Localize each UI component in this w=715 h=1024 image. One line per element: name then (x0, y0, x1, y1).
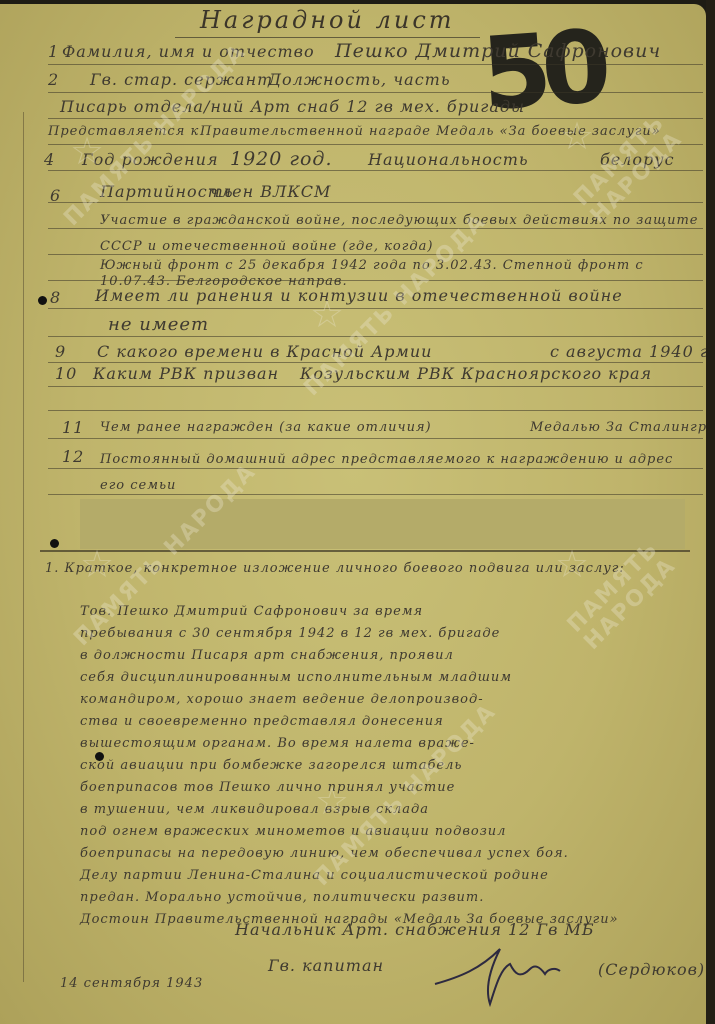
narrative-line: вышестоящим органам. Во время налета вра… (80, 733, 710, 755)
rule (48, 308, 703, 309)
narrative-line: в должности Писаря арт снабжения, прояви… (80, 645, 710, 667)
nomination-value: Правительственной награде Медаль «За бое… (200, 124, 661, 139)
narrative-line: боеприпасы на передовую линию, чем обесп… (80, 843, 710, 865)
field-12-label: Постоянный домашний адрес представляемог… (100, 447, 690, 499)
rule (48, 468, 703, 469)
signatory-title: Начальник Арт. снабжения 12 Гв МБ (235, 920, 595, 939)
field-8-label: Имеет ли ранения и контузии в отечествен… (95, 286, 623, 305)
punch-hole (50, 539, 59, 548)
field-9-number: 9 (55, 342, 66, 361)
rule (48, 494, 703, 495)
margin-line (23, 112, 24, 982)
field-4-label: Год рождения (82, 150, 219, 169)
field-5-value: белорус (600, 150, 675, 169)
rule (48, 144, 703, 145)
signatory-name: (Сердюков) (598, 960, 705, 979)
rule (48, 118, 703, 119)
rule (48, 228, 703, 229)
field-10-number: 10 (55, 364, 77, 383)
redacted-area (80, 499, 685, 549)
field-11-label: Чем ранее награжден (за какие отличия) (100, 420, 432, 435)
rule (48, 64, 703, 65)
nomination-label: Представляется к (48, 124, 199, 139)
field-1-label: Фамилия, имя и отчество (62, 42, 315, 61)
rule (48, 336, 703, 337)
signature-mark (430, 939, 570, 1009)
field-3-value: Писарь отдела/ний Арт снаб 12 гв мех. бр… (60, 97, 525, 116)
section-divider (40, 550, 690, 552)
narrative-line: предан. Морально устойчив, политически р… (80, 887, 710, 909)
field-8-number: 8 (50, 288, 61, 307)
field-4-number: 4 (44, 150, 55, 169)
punch-hole (38, 296, 47, 305)
field-11-value: Медалью За Сталинград (530, 420, 715, 435)
rule (48, 254, 703, 255)
document-date: 14 сентября 1943 (60, 976, 203, 991)
field-10-label: Каким РВК призван (93, 364, 279, 383)
rule (48, 280, 703, 281)
narrative-line: Тов. Пешко Дмитрий Сафронович за время (80, 601, 710, 623)
field-3-label: Должность, часть (268, 70, 451, 89)
rule (48, 410, 703, 411)
field-9-value: с августа 1940 г. (550, 342, 715, 361)
signatory-rank: Гв. капитан (268, 956, 384, 975)
field-2-number: 2 (48, 70, 59, 89)
narrative-line: ской авиации при бомбежке загорелся штаб… (80, 755, 710, 777)
document-page: Наградной лист 50 1 Фамилия, имя и отчес… (0, 4, 706, 1024)
rule (48, 386, 703, 387)
narrative-line: ства и своевременно представлял донесени… (80, 711, 710, 733)
narrative-line: под огнем вражеских минометов и авиации … (80, 821, 710, 843)
field-10-value: Козульским РВК Красноярского края (300, 364, 652, 383)
narrative-line: боеприпасов тов Пешко лично принял участ… (80, 777, 710, 799)
rule (48, 92, 703, 93)
field-6-value: член ВЛКСМ (210, 182, 331, 201)
field-7-label: Участие в гражданской войне, последующих… (100, 208, 700, 260)
field-9-label: С какого времени в Красной Армии (97, 342, 432, 361)
narrative-line: себя дисциплинированным исполнительным м… (80, 667, 710, 689)
field-1-number: 1 (48, 42, 59, 61)
rule (48, 202, 703, 203)
narrative-line: Делу партии Ленина-Сталина и социалистич… (80, 865, 710, 887)
title-underline (175, 37, 480, 38)
field-4-value: 1920 год. (230, 148, 333, 170)
rule (48, 362, 703, 363)
field-5-label: Национальность (368, 150, 529, 169)
narrative-line: в тушении, чем ликвидировал взрыв склада (80, 799, 710, 821)
narrative-line: пребывания с 30 сентября 1942 в 12 гв ме… (80, 623, 710, 645)
section-heading: 1. Краткое, конкретное изложение личного… (45, 559, 685, 579)
field-8-value: не имеет (108, 314, 209, 335)
scan-edge (706, 0, 715, 1024)
narrative: Тов. Пешко Дмитрий Сафронович за время п… (80, 601, 710, 931)
field-1-value: Пешко Дмитрий Сафронович (335, 40, 661, 62)
field-12-number: 12 (62, 447, 84, 466)
document-title: Наградной лист (200, 6, 455, 34)
field-2-value: Гв. стар. сержант (90, 70, 273, 89)
narrative-line: командиром, хорошо знает ведение делопро… (80, 689, 710, 711)
rule (48, 438, 703, 439)
field-11-number: 11 (62, 418, 84, 437)
rule (48, 170, 703, 171)
